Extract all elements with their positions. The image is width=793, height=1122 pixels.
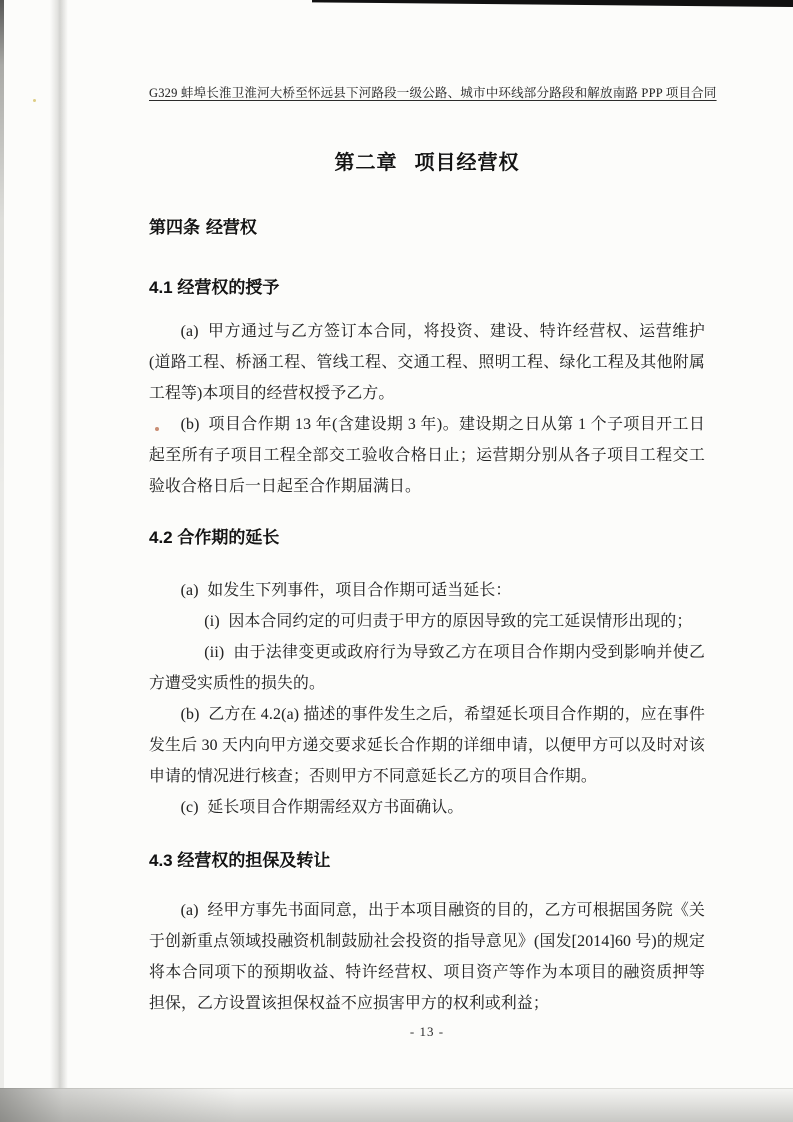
- chapter-title: 第二章项目经营权: [149, 148, 705, 178]
- paragraph-4-2-b: (b)乙方在 4.2(a) 描述的事件发生之后，希望延长项目合作期的，应在事件发…: [149, 699, 705, 792]
- paragraph-text: 甲方通过与乙方签订本合同，将投资、建设、特许经营权、运营维护(道路工程、桥涵工程…: [149, 323, 705, 402]
- paragraph-label: (a): [181, 323, 199, 340]
- section-4-1: 4.1 经营权的授予 (a)甲方通过与乙方签订本合同，将投资、建设、特许经营权、…: [149, 276, 705, 502]
- paragraph-text: 因本合同约定的可归责于甲方的原因导致的完工延误情形出现的；: [229, 613, 693, 630]
- paragraph-label: (i): [204, 613, 220, 630]
- section-4-3-id: 4.3: [149, 851, 173, 870]
- paragraph-text: 经甲方事先书面同意，出于本项目融资的目的，乙方可根据国务院《关于创新重点领域投融…: [149, 902, 705, 1012]
- section-4-2-heading: 4.2 合作期的延长: [149, 526, 705, 550]
- paragraph-4-2-i: (i)因本合同约定的可归责于甲方的原因导致的完工延误情形出现的；: [149, 606, 705, 637]
- page-crease-shadow: [50, 0, 68, 1090]
- paragraph-label: (a): [181, 902, 199, 919]
- article-number: 第四条: [149, 218, 200, 237]
- paragraph-4-2-ii: (ii)由于法律变更或政府行为导致乙方在项目合作期内受到影响并使乙方遭受实质性的…: [149, 637, 705, 699]
- chapter-number: 第二章: [335, 152, 398, 174]
- section-4-1-id: 4.1: [149, 278, 173, 297]
- section-4-1-title: 经营权的授予: [177, 278, 279, 297]
- header-title: G329 蚌埠长淮卫淮河大桥至怀远县下河路段一级公路、城市中环线部分路段和解放南…: [149, 86, 717, 100]
- scan-edge-left: [0, 0, 4, 1090]
- scan-speck: [33, 99, 36, 102]
- page-number: - 13 -: [149, 1024, 705, 1040]
- paragraph-4-1-b: (b)项目合作期 13 年(含建设期 3 年)。建设期之日从第 1 个子项目开工…: [149, 409, 705, 502]
- paragraph-label: (b): [181, 416, 200, 433]
- paragraph-label: (c): [181, 799, 199, 816]
- paragraph-4-3-a: (a)经甲方事先书面同意，出于本项目融资的目的，乙方可根据国务院《关于创新重点领…: [149, 895, 705, 1019]
- document-header: G329 蚌埠长淮卫淮河大桥至怀远县下河路段一级公路、城市中环线部分路段和解放南…: [149, 84, 705, 102]
- scanned-page: G329 蚌埠长淮卫淮河大桥至怀远县下河路段一级公路、城市中环线部分路段和解放南…: [0, 0, 793, 1122]
- paragraph-4-1-a: (a)甲方通过与乙方签订本合同，将投资、建设、特许经营权、运营维护(道路工程、桥…: [149, 316, 705, 409]
- article-name: 经营权: [206, 218, 257, 237]
- paragraph-4-2-a: (a)如发生下列事件，项目合作期可适当延长：: [149, 575, 705, 606]
- document-body: G329 蚌埠长淮卫淮河大桥至怀远县下河路段一级公路、城市中环线部分路段和解放南…: [149, 0, 705, 1019]
- paragraph-label: (ii): [204, 644, 224, 661]
- section-4-3-heading: 4.3 经营权的担保及转让: [149, 849, 705, 873]
- paragraph-text: 项目合作期 13 年(含建设期 3 年)。建设期之日从第 1 个子项目开工日起至…: [149, 416, 705, 495]
- paragraph-text: 如发生下列事件，项目合作期可适当延长：: [207, 582, 511, 599]
- section-4-2-title: 合作期的延长: [177, 528, 279, 547]
- section-4-3-title: 经营权的担保及转让: [177, 851, 330, 870]
- section-4-2: 4.2 合作期的延长 (a)如发生下列事件，项目合作期可适当延长： (i)因本合…: [149, 526, 705, 823]
- section-4-2-id: 4.2: [149, 528, 173, 547]
- section-4-3: 4.3 经营权的担保及转让 (a)经甲方事先书面同意，出于本项目融资的目的，乙方…: [149, 849, 705, 1019]
- paragraph-text: 由于法律变更或政府行为导致乙方在项目合作期内受到影响并使乙方遭受实质性的损失的。: [149, 644, 705, 692]
- paragraph-text: 乙方在 4.2(a) 描述的事件发生之后，希望延长项目合作期的，应在事件发生后 …: [149, 706, 705, 785]
- paragraph-label: (a): [181, 582, 199, 599]
- article-heading: 第四条经营权: [149, 216, 705, 240]
- chapter-name: 项目经营权: [415, 152, 520, 174]
- paragraph-label: (b): [181, 706, 200, 723]
- scan-edge-bottom-shade: [0, 1088, 793, 1122]
- paragraph-4-2-c: (c)延长项目合作期需经双方书面确认。: [149, 792, 705, 823]
- paragraph-text: 延长项目合作期需经双方书面确认。: [207, 799, 463, 816]
- section-4-1-heading: 4.1 经营权的授予: [149, 276, 705, 300]
